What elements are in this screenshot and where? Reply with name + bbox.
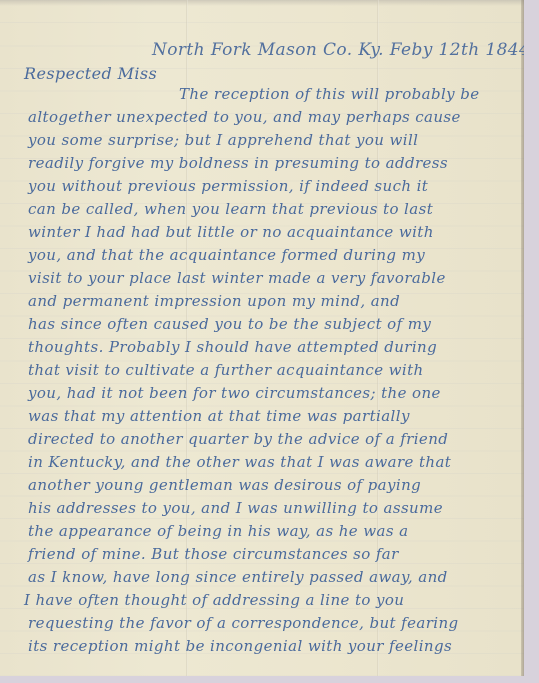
letter-page: North Fork Mason Co. Ky. Feby 12th 1844 … (0, 0, 524, 676)
letter-line: friend of mine. But those circumstances … (28, 544, 399, 564)
letter-line: directed to another quarter by the advic… (28, 429, 448, 449)
letter-line: I have often thought of addressing a lin… (24, 590, 404, 610)
letter-line: that visit to cultivate a further acquai… (28, 360, 424, 380)
letter-line: can be called, when you learn that previ… (28, 199, 433, 219)
letter-line: you, had it not been for two circumstanc… (28, 383, 441, 403)
letter-heading: North Fork Mason Co. Ky. Feby 12th 1844 (152, 40, 524, 60)
page-edge (521, 0, 524, 676)
letter-line: as I know, have long since entirely pass… (28, 567, 448, 587)
letter-line: readily forgive my boldness in presuming… (28, 153, 448, 173)
letter-line: requesting the favor of a correspondence… (28, 613, 459, 633)
letter-line: thoughts. Probably I should have attempt… (28, 337, 437, 357)
letter-line: his addresses to you, and I was unwillin… (28, 498, 443, 518)
letter-line: and permanent impression upon my mind, a… (28, 291, 400, 311)
letter-line: its reception might be incongenial with … (28, 636, 452, 656)
letter-salutation: Respected Miss (24, 64, 157, 84)
letter-line: was that my attention at that time was p… (28, 406, 410, 426)
letter-line: the appearance of being in his way, as h… (28, 521, 408, 541)
letter-line: altogether unexpected to you, and may pe… (28, 107, 461, 127)
letter-line: The reception of this will probably be (179, 84, 480, 104)
top-shadow (0, 0, 524, 6)
letter-line: you some surprise; but I apprehend that … (28, 130, 418, 150)
letter-line: visit to your place last winter made a v… (28, 268, 446, 288)
letter-line: you without previous permission, if inde… (28, 176, 428, 196)
letter-line: has since often caused you to be the sub… (28, 314, 431, 334)
letter-line: another young gentleman was desirous of … (28, 475, 421, 495)
letter-line: you, and that the acquaintance formed du… (28, 245, 425, 265)
letter-line: winter I had had but little or no acquai… (28, 222, 434, 242)
letter-line: in Kentucky, and the other was that I wa… (28, 452, 451, 472)
